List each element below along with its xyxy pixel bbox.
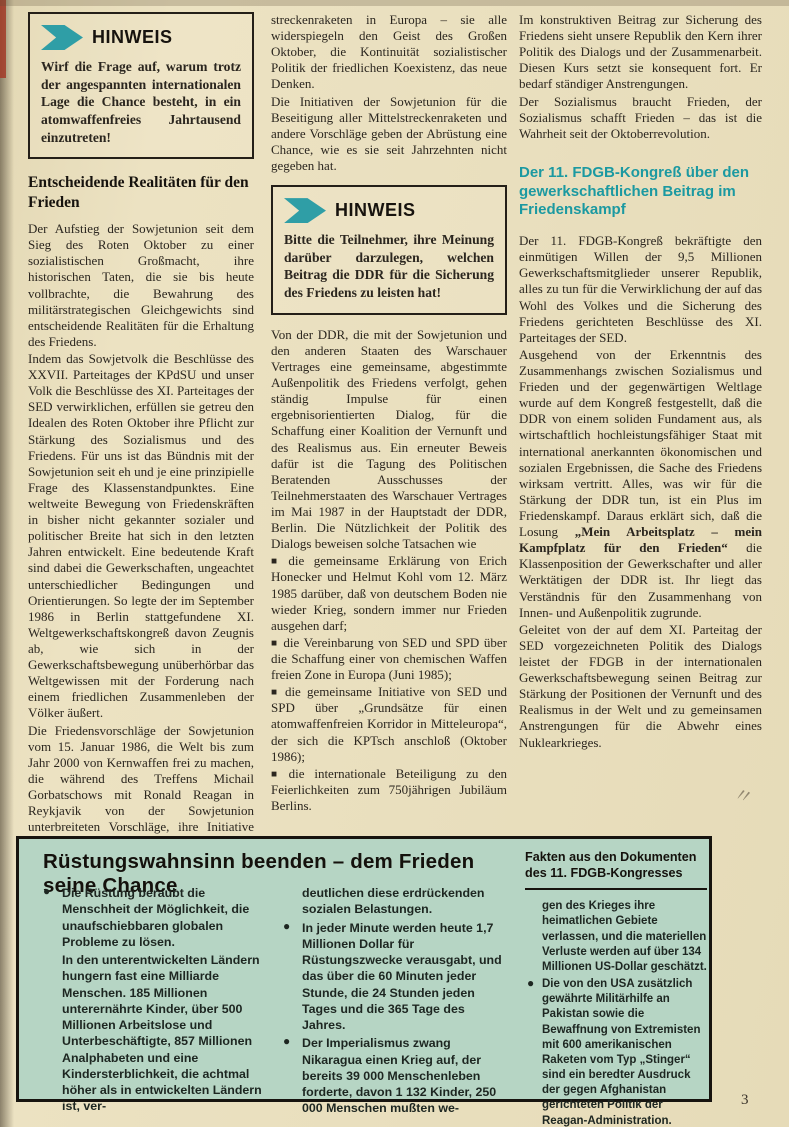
- page-number: 3: [741, 1092, 749, 1109]
- bullet-text: Der Imperialismus zwang Nikaragua einen …: [302, 1036, 496, 1115]
- hinweis-box-2: HINWEIS Bitte die Teilnehmer, ihre Meinu…: [271, 185, 507, 315]
- body-paragraph: Von der DDR, die mit der Sowjetunion und…: [271, 327, 507, 553]
- body-paragraph: Ausgehend von der Erkenntnis des Zusamme…: [519, 347, 762, 621]
- panel-bullet-item: ●Die von den USA zusätzlich gewährte Mil…: [525, 977, 707, 1127]
- body-paragraph: Der Sozialismus braucht Frieden, der Soz…: [519, 94, 762, 142]
- column-middle: streckenraketen in Europa – sie alle wid…: [271, 12, 507, 836]
- body-paragraph: Der Aufstieg der Sowjetunion seit dem Si…: [28, 221, 254, 350]
- bottom-fact-panel: Rüstungswahnsinn beenden – dem Frieden s…: [16, 836, 712, 1102]
- body-paragraph: streckenraketen in Europa – sie alle wid…: [271, 12, 507, 93]
- column-left: HINWEIS Wirf die Frage auf, warum trotz …: [28, 12, 254, 836]
- panel-continuation-text: In den unterentwickelten Ländern hungern…: [41, 952, 265, 1115]
- bullet-text: die gemeinsame Erklärung von Erich Honec…: [271, 553, 507, 632]
- square-bullet-icon: ■: [271, 769, 284, 780]
- body-paragraph: Geleitet von der auf dem XI. Parteitag d…: [519, 622, 762, 751]
- section-heading: Entscheidende Realitäten für den Frieden: [28, 173, 254, 212]
- hinweis-text: Wirf die Frage auf, warum trotz der ange…: [41, 58, 241, 146]
- round-bullet-icon: ●: [283, 1034, 290, 1050]
- bullet-item: ■die internationale Beteiligung zu den F…: [271, 766, 507, 814]
- panel-bullet-item: ●Der Imperialismus zwang Nikaragua einen…: [281, 1035, 507, 1116]
- square-bullet-icon: ■: [271, 556, 283, 567]
- bullet-text: die internationale Beteiligung zu den Fe…: [271, 766, 507, 813]
- hinweis-label: HINWEIS: [92, 27, 173, 48]
- bullet-item: ■die Vereinbarung von SED und SPD über d…: [271, 635, 507, 683]
- round-bullet-icon: ●: [527, 976, 534, 992]
- page-top-shadow: [0, 0, 789, 6]
- panel-bullet-item: ●Die Rüstung beraubt die Menschheit der …: [41, 885, 265, 950]
- panel-column-2: deutlichen diese erdrückenden sozialen B…: [281, 885, 507, 1119]
- bullet-text: Die Rüstung beraubt die Menschheit der M…: [62, 886, 249, 949]
- fdgb-section-heading: Der 11. FDGB-Kongreß über den gewerkscha…: [519, 164, 762, 220]
- square-bullet-icon: ■: [271, 638, 278, 649]
- arrow-right-icon: [284, 198, 326, 223]
- page-edge-shadow: [0, 0, 14, 1127]
- body-paragraph: Im konstruktiven Beitrag zur Sicherung d…: [519, 12, 762, 93]
- panel-column-3: Fakten aus den Dokumenten des 11. FDGB-K…: [525, 845, 707, 1127]
- body-paragraph: Die Initiativen der Sowjetunion für die …: [271, 94, 507, 175]
- facts-header: Fakten aus den Dokumenten des 11. FDGB-K…: [525, 849, 707, 882]
- panel-continuation-text: gen des Krieges ihre heimatlichen Gebiet…: [525, 899, 707, 975]
- panel-bullet-item: ●In jeder Minute werden heute 1,7 Millio…: [281, 920, 507, 1034]
- paragraph-segment: Ausgehend von der Erkenntnis des Zusamme…: [519, 347, 762, 539]
- bullet-item: ■die gemeinsame Initiative von SED und S…: [271, 684, 507, 765]
- bullet-text: Die von den USA zusätzlich gewährte Mili…: [542, 978, 700, 1127]
- bullet-item: ■die gemeinsame Erklärung von Erich Hone…: [271, 553, 507, 634]
- body-paragraph: Indem das Sowjetvolk die Beschlüsse des …: [28, 351, 254, 722]
- arrow-right-icon: [41, 25, 83, 50]
- hinweis-text: Bitte die Teilnehmer, ihre Meinung darüb…: [284, 231, 494, 302]
- body-paragraph: Die Friedensvorschläge der Sowjetunion v…: [28, 723, 254, 852]
- body-paragraph: Der 11. FDGB-Kongreß bekräftigte den ein…: [519, 233, 762, 346]
- magazine-page: HINWEIS Wirf die Frage auf, warum trotz …: [0, 0, 789, 1127]
- bullet-text: die Vereinbarung von SED und SPD über di…: [271, 635, 507, 682]
- bullet-text: In jeder Minute werden heute 1,7 Million…: [302, 921, 502, 1033]
- facts-header-rule: [525, 888, 707, 891]
- panel-column-1: ●Die Rüstung beraubt die Menschheit der …: [41, 885, 265, 1117]
- hinweis-box-2-header: HINWEIS: [284, 198, 494, 223]
- hinweis-box-1-header: HINWEIS: [41, 25, 241, 50]
- round-bullet-icon: ●: [43, 884, 50, 900]
- panel-continuation-text: deutlichen diese erdrückenden sozialen B…: [281, 885, 507, 918]
- page-edge-red-strip: [0, 0, 6, 78]
- square-bullet-icon: ■: [271, 687, 280, 698]
- hinweis-label: HINWEIS: [335, 200, 416, 221]
- round-bullet-icon: ●: [283, 919, 290, 935]
- bullet-text: die gemeinsame Initiative von SED und SP…: [271, 684, 507, 763]
- column-right: Im konstruktiven Beitrag zur Sicherung d…: [519, 12, 762, 836]
- hinweis-box-1: HINWEIS Wirf die Frage auf, warum trotz …: [28, 12, 254, 159]
